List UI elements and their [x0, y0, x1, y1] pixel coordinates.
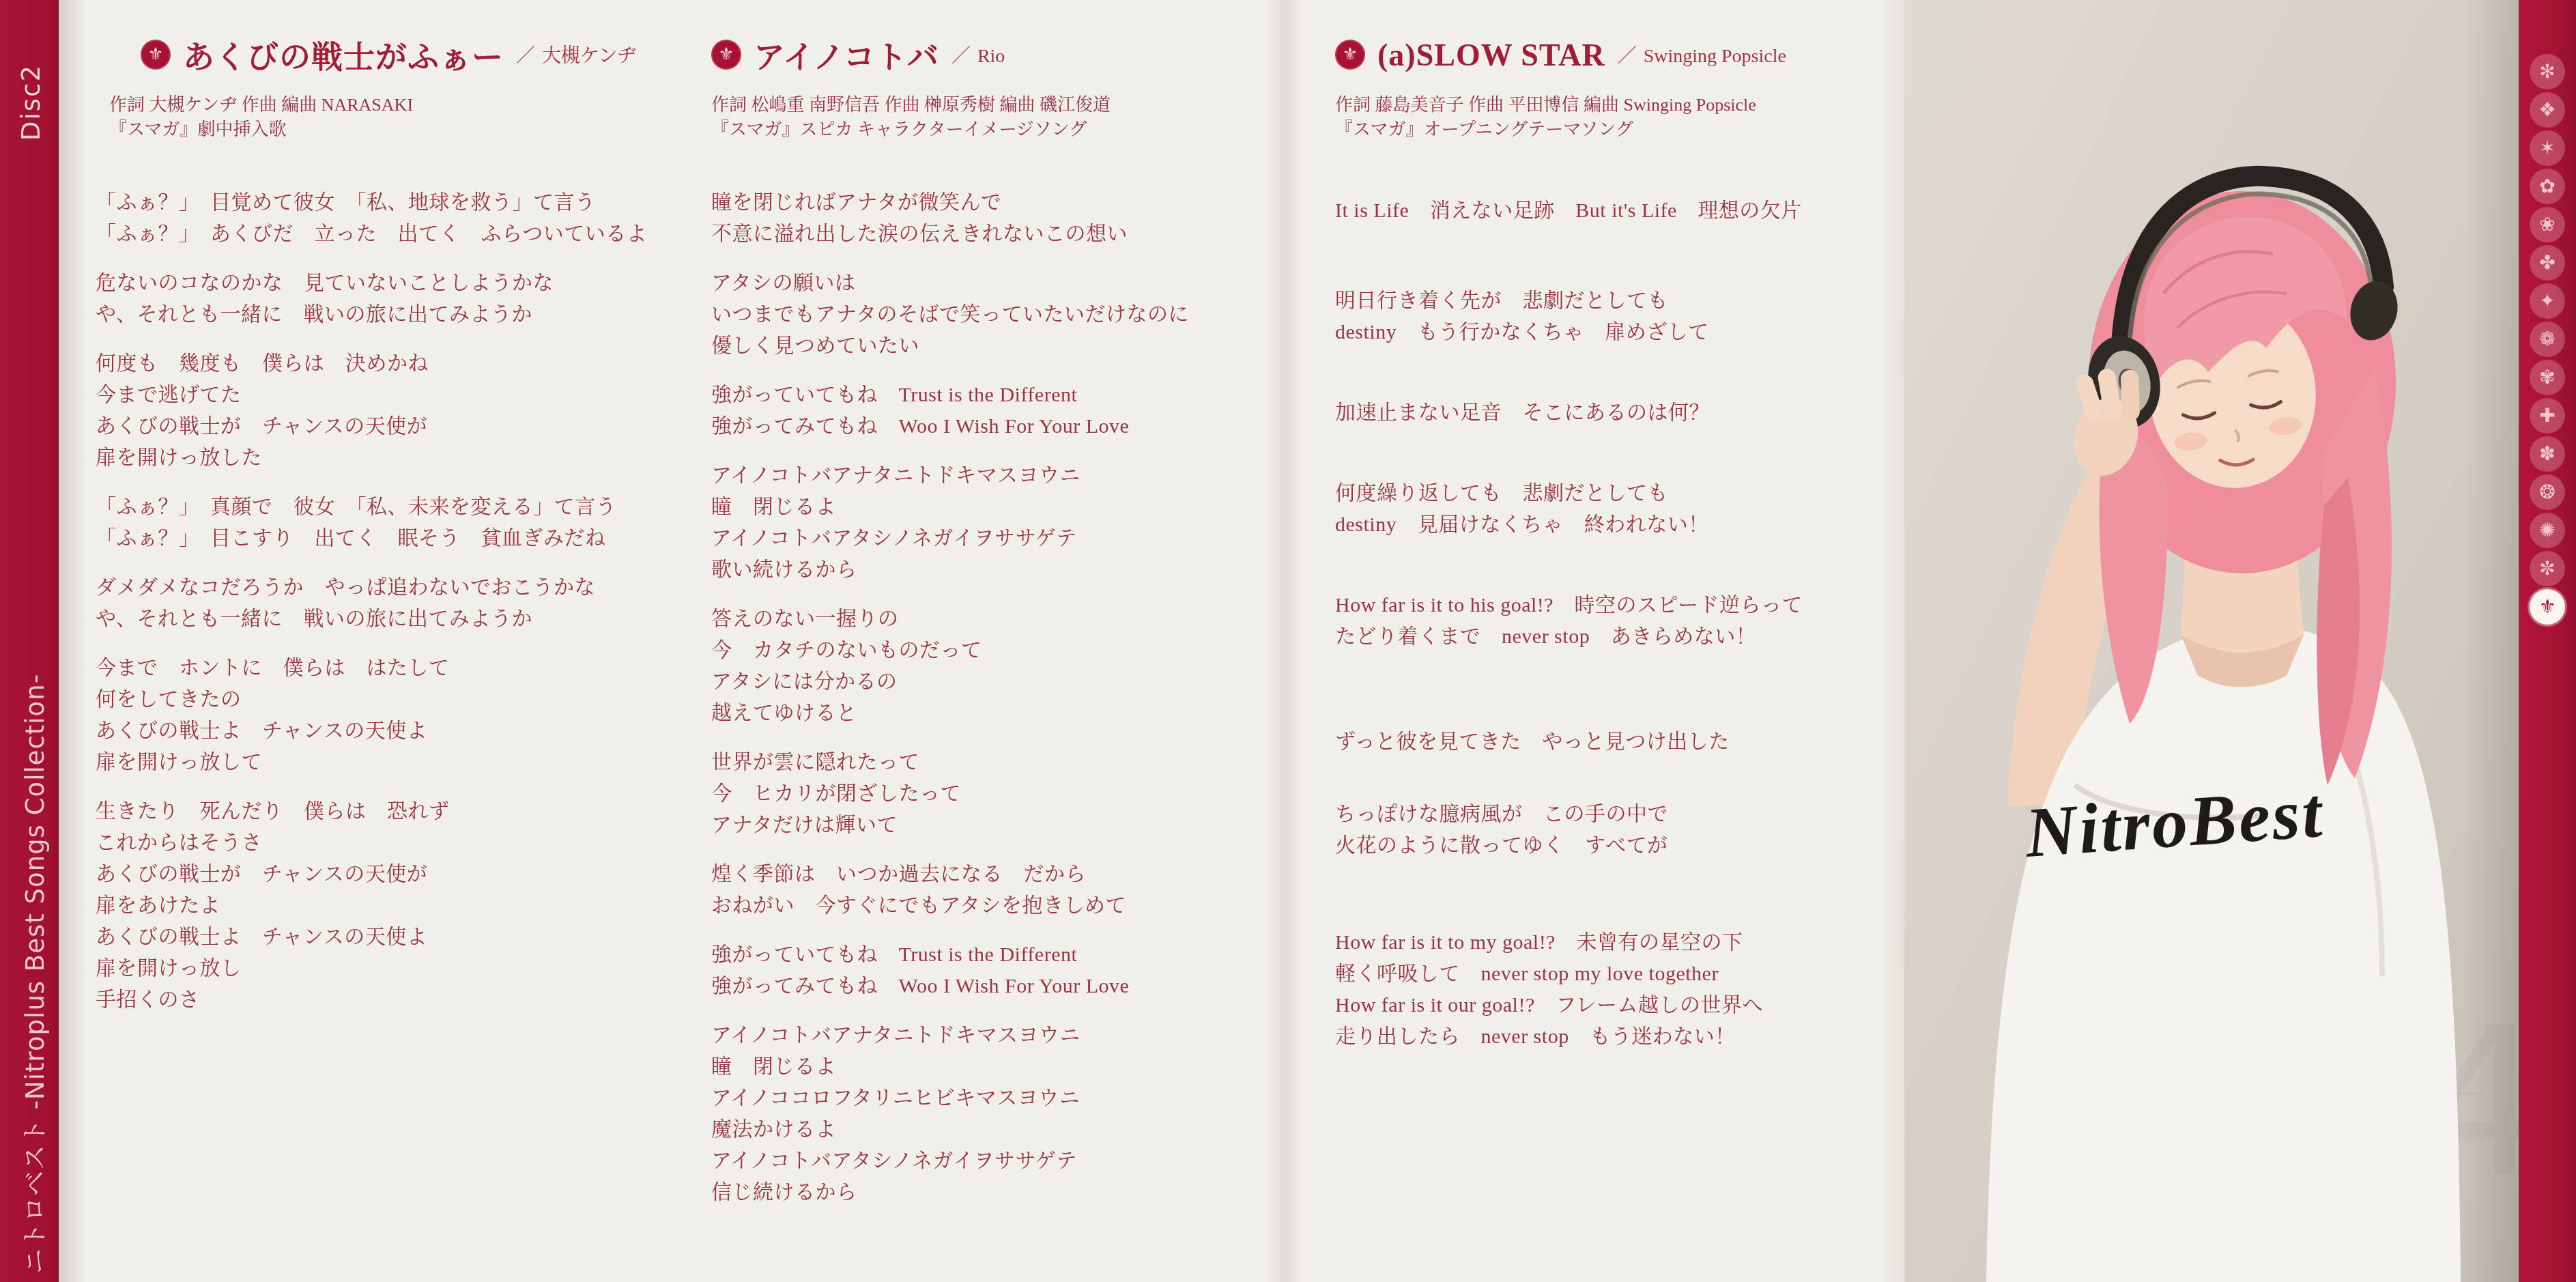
verse: How far is it to his goal!? 時空のスピード逆らってた…	[1335, 590, 1908, 653]
lyric-line: 瞳 閉じるよ	[711, 492, 1257, 523]
verse: 生きたり 死んだり 僕らは 恐れずこれからはそうさあくびの戦士が チャンスの天使…	[96, 796, 662, 1016]
verse: 今まで ホントに 僕らは はたして何をしてきたのあくびの戦士よ チャンスの天使よ…	[96, 653, 662, 778]
verse: It is Life 消えない足跡 But it's Life 理想の欠片	[1335, 195, 1908, 227]
lyric-line: 強がっていてもね Trust is the Different	[711, 939, 1257, 971]
verse: アタシの願いはいつまでもアナタのそばで笑っていたいだけなのに優しく見つめていたい	[711, 268, 1257, 362]
lyric-line: 「ふぁ？」 目こすり 出てく 眠そう 貧血ぎみだね	[96, 523, 662, 554]
lyric-line: 越えてゆけると	[711, 698, 1257, 729]
lyric-line: 今まで逃げてた	[96, 380, 662, 411]
lyric-line: destiny 見届けなくちゃ 終われない！	[1335, 509, 1908, 541]
track-emblem-icon: ❖	[2530, 92, 2565, 128]
spine-album-title: ニトロベスト -Nitroplus Best Songs Collection-	[14, 674, 51, 1274]
song-credits: 作詞 大槻ケンヂ 作曲 編曲 NARASAKI	[109, 93, 662, 117]
photo-panel: 04 NitroBest	[1904, 0, 2519, 1282]
lyric-line: How far is it our goal!? フレーム越しの世界へ	[1335, 990, 1908, 1021]
artist-name: Rio	[977, 46, 1005, 67]
track-emblem-icon: ⚜	[711, 40, 741, 70]
verse: 瞳を閉じればアナタが微笑んで不意に溢れ出した涙の伝えきれないこの想い	[711, 187, 1257, 250]
track-emblem-icon: ✚	[2530, 398, 2565, 433]
verse: 何度繰り返しても 悲劇だとしてもdestiny 見届けなくちゃ 終われない！	[1335, 478, 1908, 541]
verse: 強がっていてもね Trust is the Different強がってみてもね …	[711, 380, 1257, 442]
lyric-line: 強がってみてもね Woo I Wish For Your Love	[711, 971, 1257, 1002]
lyric-line: 歌い続けるから	[711, 554, 1257, 586]
center-fold-shadow	[1267, 0, 1302, 1282]
lyric-line: おねがい 今すぐにでもアタシを抱きしめて	[711, 890, 1257, 922]
lyric-line: や、それとも一緒に 戦いの旅に出てみようか	[96, 603, 662, 635]
lyric-line: 「ふぁ？」 真顔で 彼女 「私、未来を変える」て言う	[96, 492, 662, 523]
track-emblem-icon: ✿	[2530, 169, 2565, 204]
lyric-line: これからはそうさ	[96, 827, 662, 859]
lyric-line: や、それとも一緒に 戦いの旅に出てみようか	[96, 299, 662, 330]
song-artist: ／大槻ケンヂ	[516, 41, 637, 68]
woman-photo: 04 NitroBest	[1904, 0, 2519, 1282]
song-title-row: ⚜ (a)SLOW STAR ／Swinging Popsicle	[1335, 35, 1908, 74]
lyric-line: 今まで ホントに 僕らは はたして	[96, 653, 662, 684]
lyric-line: 走り出したら never stop もう迷わない！	[1335, 1021, 1908, 1053]
lyric-line: 瞳を閉じればアナタが微笑んで	[711, 187, 1257, 218]
lyric-line: 信じ続けるから	[711, 1177, 1257, 1208]
track-emblem-icon: ✽	[2530, 436, 2565, 472]
track-emblem-icon: ✦	[2530, 283, 2565, 319]
song-artist: ／Swinging Popsicle	[1618, 41, 1786, 68]
lyric-line: あくびの戦士よ チャンスの天使よ	[96, 715, 662, 747]
active-track-emblem-icon: ⚜	[2530, 589, 2565, 625]
song-title: (a)SLOW STAR	[1377, 37, 1605, 73]
lyric-line: たどり着くまで never stop あきらめない！	[1335, 621, 1908, 653]
verse: アイノコトバアナタニトドキマスヨウニ瞳 閉じるよアイノココロフタリニヒビキマスヨ…	[711, 1020, 1257, 1208]
song-title-row: ⚜ あくびの戦士がふぁー ／大槻ケンヂ	[141, 35, 662, 74]
lyric-line: 火花のように散ってゆく すべてが	[1335, 830, 1908, 861]
song-section-akubi: ⚜ あくびの戦士がふぁー ／大槻ケンヂ 作詞 大槻ケンヂ 作曲 編曲 NARAS…	[96, 35, 662, 1034]
lyric-line: アナタだけは輝いて	[711, 810, 1257, 841]
lyric-line: アイノコトバアナタニトドキマスヨウニ	[711, 1020, 1257, 1051]
song-credits: 作詞 松嶋重 南野信吾 作曲 榊原秀樹 編曲 磯江俊道	[711, 93, 1257, 117]
lyric-line: 強がってみてもね Woo I Wish For Your Love	[711, 411, 1257, 442]
booklet-spread: Disc2 ニトロベスト -Nitroplus Best Songs Colle…	[0, 0, 2576, 1282]
lyric-line: ずっと彼を見てきた やっと見つけ出した	[1335, 726, 1908, 758]
verse: ずっと彼を見てきた やっと見つけ出した	[1335, 726, 1908, 758]
lyric-line: アイノコトバアタシノネガイヲササゲテ	[711, 523, 1257, 554]
track-emblem-icon: ❀	[2530, 207, 2565, 242]
lyric-line: 手招くのさ	[96, 984, 662, 1016]
track-emblem-icon: ⚜	[1335, 40, 1365, 70]
lyric-line: 軽く呼吸して never stop my love together	[1335, 958, 1908, 990]
verse: 何度も 幾度も 僕らは 決めかね今まで逃げてたあくびの戦士が チャンスの天使が扉…	[96, 348, 662, 474]
lyric-line: 加速止まない足音 そこにあるのは何？	[1335, 397, 1908, 429]
song-tie-in: 『スマガ』オープニングテーマソング	[1335, 117, 1908, 142]
lyric-line: 「ふぁ？」 目覚めて彼女 「私、地球を救う」て言う	[96, 187, 662, 218]
lyric-line: アタシの願いは	[711, 268, 1257, 299]
lyric-line: ちっぽけな臆病風が この手の中で	[1335, 799, 1908, 830]
lyric-line: It is Life 消えない足跡 But it's Life 理想の欠片	[1335, 195, 1908, 227]
lyrics-column: 「ふぁ？」 目覚めて彼女 「私、地球を救う」て言う「ふぁ？」 あくびだ 立った …	[96, 187, 662, 1016]
lyrics-column: It is Life 消えない足跡 But it's Life 理想の欠片明日行…	[1335, 195, 1908, 1053]
song-credits: 作詞 藤島美音子 作曲 平田博信 編曲 Swinging Popsicle	[1335, 93, 1908, 117]
song-tie-in: 『スマガ』劇中挿入歌	[109, 117, 662, 142]
artist-separator: ／	[1618, 46, 1637, 67]
song-credits-block: 作詞 藤島美音子 作曲 平田博信 編曲 Swinging Popsicle 『ス…	[1335, 93, 1908, 142]
verse: ダメダメなコだろうか やっぱ追わないでおこうかなや、それとも一緒に 戦いの旅に出…	[96, 572, 662, 635]
artist-name: Swinging Popsicle	[1644, 46, 1786, 67]
lyric-line: 不意に溢れ出した涙の伝えきれないこの想い	[711, 218, 1257, 250]
track-emblem-icon: ⚜	[141, 40, 171, 70]
song-tie-in: 『スマガ』スピカ キャラクターイメージソング	[711, 117, 1257, 142]
lyric-line: 扉を開けっ放した	[96, 442, 662, 474]
lyric-line: 何をしてきたの	[96, 684, 662, 715]
song-title: あくびの戦士がふぁー	[183, 32, 504, 77]
lyric-line: 答えのない一握りの	[711, 603, 1257, 635]
verse: 明日行き着く先が 悲劇だとしてもdestiny もう行かなくちゃ 扉めざして	[1335, 285, 1908, 348]
page-edge-shadow	[59, 0, 86, 1282]
track-emblem-icon: ✤	[2530, 245, 2565, 281]
lyric-line: 煌く季節は いつか過去になる だから	[711, 859, 1257, 890]
verse: 強がっていてもね Trust is the Different強がってみてもね …	[711, 939, 1257, 1002]
song-title: アイノコトバ	[754, 32, 939, 77]
lyric-line: いつまでもアナタのそばで笑っていたいだけなのに	[711, 299, 1257, 330]
lyric-line: アイノコトバアタシノネガイヲササゲテ	[711, 1145, 1257, 1177]
lyric-line: 危ないのコなのかな 見ていないことしようかな	[96, 268, 662, 299]
lyric-line: 「ふぁ？」 あくびだ 立った 出てく ふらついているよ	[96, 218, 662, 250]
lyric-line: 今 カタチのないものだって	[711, 635, 1257, 666]
lyric-line: 魔法かけるよ	[711, 1114, 1257, 1145]
verse: ちっぽけな臆病風が この手の中で火花のように散ってゆく すべてが	[1335, 799, 1908, 861]
lyric-line: 扉をあけたよ	[96, 890, 662, 922]
verse: 加速止まない足音 そこにあるのは何？	[1335, 397, 1908, 429]
track-emblem-icon: ❁	[2530, 322, 2565, 357]
lyric-line: 優しく見つめていたい	[711, 330, 1257, 362]
song-credits-block: 作詞 大槻ケンヂ 作曲 編曲 NARASAKI 『スマガ』劇中挿入歌	[109, 93, 662, 142]
verse: 危ないのコなのかな 見ていないことしようかなや、それとも一緒に 戦いの旅に出てみ…	[96, 268, 662, 330]
song-title-row: ⚜ アイノコトバ ／Rio	[711, 35, 1257, 74]
lyric-line: あくびの戦士が チャンスの天使が	[96, 411, 662, 442]
lyric-line: destiny もう行かなくちゃ 扉めざして	[1335, 317, 1908, 348]
verse: 「ふぁ？」 目覚めて彼女 「私、地球を救う」て言う「ふぁ？」 あくびだ 立った …	[96, 187, 662, 250]
lyric-line: アイノココロフタリニヒビキマスヨウニ	[711, 1083, 1257, 1114]
verse: How far is it to my goal!? 未曾有の星空の下軽く呼吸し…	[1335, 927, 1908, 1053]
lyric-line: 強がっていてもね Trust is the Different	[711, 380, 1257, 411]
song-section-slow-star: ⚜ (a)SLOW STAR ／Swinging Popsicle 作詞 藤島美…	[1335, 35, 1908, 1102]
lyric-line: 今 ヒカリが閉ざしたって	[711, 778, 1257, 810]
verse: 煌く季節は いつか過去になる だからおねがい 今すぐにでもアタシを抱きしめて	[711, 859, 1257, 922]
track-icon-strip: ✻❖✶✿❀✤✦❁✾✚✽❂✺✼⚜	[2519, 0, 2576, 1282]
verse: 世界が雲に隠れたって今 ヒカリが閉ざしたってアナタだけは輝いて	[711, 747, 1257, 841]
track-emblem-icon: ❂	[2530, 474, 2565, 510]
track-emblem-icon: ✾	[2530, 360, 2565, 395]
track-emblem-icon: ✼	[2530, 551, 2565, 586]
lyric-line: 何度繰り返しても 悲劇だとしても	[1335, 478, 1908, 509]
verse: 「ふぁ？」 真顔で 彼女 「私、未来を変える」て言う「ふぁ？」 目こすり 出てく…	[96, 492, 662, 554]
song-artist: ／Rio	[951, 41, 1005, 68]
left-spine-strip: Disc2 ニトロベスト -Nitroplus Best Songs Colle…	[0, 0, 59, 1282]
artist-separator: ／	[951, 46, 971, 67]
lyric-line: 何度も 幾度も 僕らは 決めかね	[96, 348, 662, 380]
artist-name: 大槻ケンヂ	[542, 46, 637, 67]
lyric-line: How far is it to my goal!? 未曾有の星空の下	[1335, 927, 1908, 958]
lyric-line: アタシには分かるの	[711, 666, 1257, 698]
verse: アイノコトバアナタニトドキマスヨウニ瞳 閉じるよアイノコトバアタシノネガイヲササ…	[711, 460, 1257, 586]
song-section-ainokotoba: ⚜ アイノコトバ ／Rio 作詞 松嶋重 南野信吾 作曲 榊原秀樹 編曲 磯江俊…	[711, 35, 1257, 1226]
lyric-line: アイノコトバアナタニトドキマスヨウニ	[711, 460, 1257, 492]
track-emblem-icon: ✺	[2530, 513, 2565, 548]
spine-disc-label: Disc2	[16, 64, 46, 141]
lyric-line: 扉を開けっ放して	[96, 747, 662, 778]
lyric-line: あくびの戦士よ チャンスの天使よ	[96, 922, 662, 953]
lyric-line: 生きたり 死んだり 僕らは 恐れず	[96, 796, 662, 827]
photo-edge-shadow	[2464, 0, 2519, 1282]
song-credits-block: 作詞 松嶋重 南野信吾 作曲 榊原秀樹 編曲 磯江俊道 『スマガ』スピカ キャラ…	[711, 93, 1257, 142]
lyric-line: How far is it to his goal!? 時空のスピード逆らって	[1335, 590, 1908, 621]
track-emblem-icon: ✻	[2530, 54, 2565, 89]
lyric-line: 瞳 閉じるよ	[711, 1051, 1257, 1083]
lyric-line: 明日行き着く先が 悲劇だとしても	[1335, 285, 1908, 317]
lyric-line: ダメダメなコだろうか やっぱ追わないでおこうかな	[96, 572, 662, 603]
track-emblem-icon: ✶	[2530, 130, 2565, 166]
verse: 答えのない一握りの今 カタチのないものだってアタシには分かるの越えてゆけると	[711, 603, 1257, 729]
artist-separator: ／	[516, 46, 535, 67]
lyrics-column: 瞳を閉じればアナタが微笑んで不意に溢れ出した涙の伝えきれないこの想いアタシの願い…	[711, 187, 1257, 1208]
lyric-line: あくびの戦士が チャンスの天使が	[96, 859, 662, 890]
lyric-line: 扉を開けっ放し	[96, 953, 662, 984]
lyric-line: 世界が雲に隠れたって	[711, 747, 1257, 778]
